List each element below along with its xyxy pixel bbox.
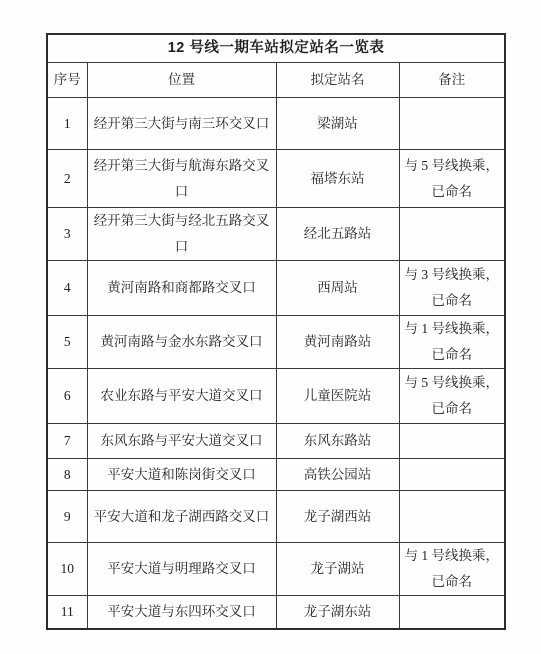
row-number-cell: 5 bbox=[47, 316, 87, 369]
remark-cell bbox=[399, 596, 505, 629]
document-canvas: 12 号线一期车站拟定站名一览表 序号 位置 拟定站名 备注 1 经开第三大街与… bbox=[0, 0, 541, 654]
location-cell: 平安大道与明理路交叉口 bbox=[87, 543, 276, 596]
station-name-cell: 龙子湖西站 bbox=[276, 491, 399, 543]
station-name-cell: 高铁公园站 bbox=[276, 459, 399, 491]
station-name-cell: 龙子湖站 bbox=[276, 543, 399, 596]
station-name-cell: 龙子湖东站 bbox=[276, 596, 399, 629]
remark-cell: 与 1 号线换乘，已命名 bbox=[399, 316, 505, 369]
location-cell: 黄河南路与金水东路交叉口 bbox=[87, 316, 276, 369]
station-table: 12 号线一期车站拟定站名一览表 序号 位置 拟定站名 备注 1 经开第三大街与… bbox=[46, 33, 506, 630]
remark-cell: 与 1 号线换乘，已命名 bbox=[399, 543, 505, 596]
row-number-cell: 4 bbox=[47, 261, 87, 316]
table-row: 4 黄河南路和商都路交叉口 西周站 与 3 号线换乘，已命名 bbox=[47, 261, 505, 316]
header-location: 位置 bbox=[87, 63, 276, 98]
table-row: 9 平安大道和龙子湖西路交叉口 龙子湖西站 bbox=[47, 491, 505, 543]
location-cell: 经开第三大街与经北五路交叉口 bbox=[87, 208, 276, 261]
station-name-cell: 黄河南路站 bbox=[276, 316, 399, 369]
title-row: 12 号线一期车站拟定站名一览表 bbox=[47, 34, 505, 63]
table-row: 1 经开第三大街与南三环交叉口 梁湖站 bbox=[47, 98, 505, 150]
table-row: 3 经开第三大街与经北五路交叉口 经北五路站 bbox=[47, 208, 505, 261]
remark-cell bbox=[399, 208, 505, 261]
station-name-cell: 梁湖站 bbox=[276, 98, 399, 150]
station-name-cell: 儿童医院站 bbox=[276, 369, 399, 424]
remark-cell: 与 3 号线换乘，已命名 bbox=[399, 261, 505, 316]
location-cell: 农业东路与平安大道交叉口 bbox=[87, 369, 276, 424]
header-index: 序号 bbox=[47, 63, 87, 98]
row-number-cell: 3 bbox=[47, 208, 87, 261]
station-name-cell: 经北五路站 bbox=[276, 208, 399, 261]
row-number-cell: 10 bbox=[47, 543, 87, 596]
table-row: 2 经开第三大街与航海东路交叉口 福塔东站 与 5 号线换乘，已命名 bbox=[47, 150, 505, 208]
remark-cell bbox=[399, 424, 505, 459]
remark-cell: 与 5 号线换乘，已命名 bbox=[399, 369, 505, 424]
location-cell: 平安大道和龙子湖西路交叉口 bbox=[87, 491, 276, 543]
row-number-cell: 11 bbox=[47, 596, 87, 629]
header-row: 序号 位置 拟定站名 备注 bbox=[47, 63, 505, 98]
table-row: 8 平安大道和陈岗街交叉口 高铁公园站 bbox=[47, 459, 505, 491]
table-title: 12 号线一期车站拟定站名一览表 bbox=[47, 34, 505, 63]
location-cell: 经开第三大街与航海东路交叉口 bbox=[87, 150, 276, 208]
row-number-cell: 8 bbox=[47, 459, 87, 491]
table-row: 5 黄河南路与金水东路交叉口 黄河南路站 与 1 号线换乘，已命名 bbox=[47, 316, 505, 369]
row-number-cell: 6 bbox=[47, 369, 87, 424]
station-name-cell: 西周站 bbox=[276, 261, 399, 316]
header-station-name: 拟定站名 bbox=[276, 63, 399, 98]
row-number-cell: 7 bbox=[47, 424, 87, 459]
station-name-cell: 东风东路站 bbox=[276, 424, 399, 459]
station-name-cell: 福塔东站 bbox=[276, 150, 399, 208]
table-row: 10 平安大道与明理路交叉口 龙子湖站 与 1 号线换乘，已命名 bbox=[47, 543, 505, 596]
remark-cell: 与 5 号线换乘，已命名 bbox=[399, 150, 505, 208]
row-number-cell: 2 bbox=[47, 150, 87, 208]
location-cell: 经开第三大街与南三环交叉口 bbox=[87, 98, 276, 150]
remark-cell bbox=[399, 491, 505, 543]
remark-cell bbox=[399, 98, 505, 150]
location-cell: 东风东路与平安大道交叉口 bbox=[87, 424, 276, 459]
table-row: 11 平安大道与东四环交叉口 龙子湖东站 bbox=[47, 596, 505, 629]
row-number-cell: 1 bbox=[47, 98, 87, 150]
location-cell: 黄河南路和商都路交叉口 bbox=[87, 261, 276, 316]
header-remark: 备注 bbox=[399, 63, 505, 98]
location-cell: 平安大道与东四环交叉口 bbox=[87, 596, 276, 629]
row-number-cell: 9 bbox=[47, 491, 87, 543]
table-row: 7 东风东路与平安大道交叉口 东风东路站 bbox=[47, 424, 505, 459]
remark-cell bbox=[399, 459, 505, 491]
table-row: 6 农业东路与平安大道交叉口 儿童医院站 与 5 号线换乘，已命名 bbox=[47, 369, 505, 424]
location-cell: 平安大道和陈岗街交叉口 bbox=[87, 459, 276, 491]
